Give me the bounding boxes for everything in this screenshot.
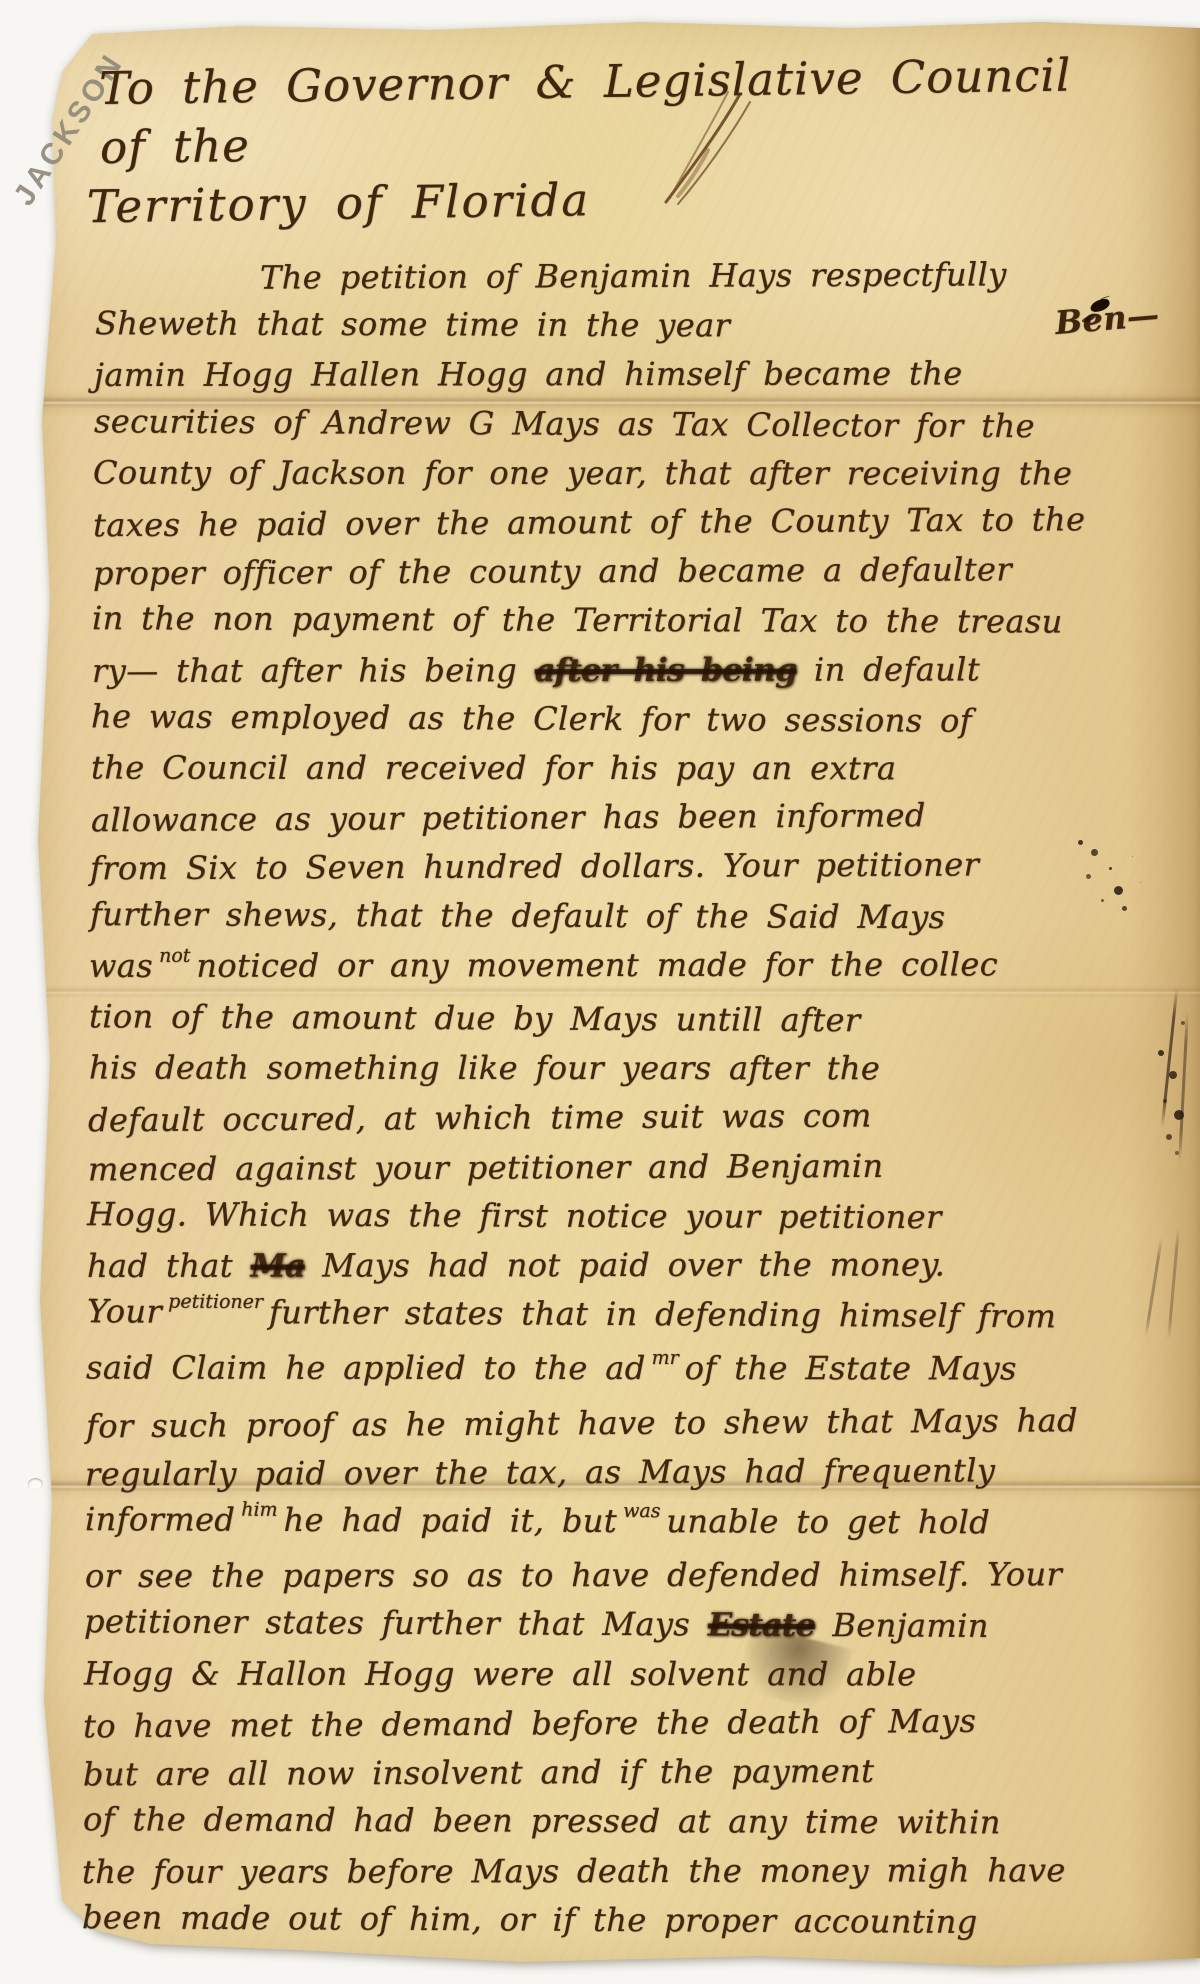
manuscript-line: Yourpetitionerfurther states that in def…: [86, 1287, 1161, 1347]
manuscript-text: jamin Hogg Hallen Hogg and himself becam…: [94, 355, 963, 395]
ink-flourish: [648, 90, 778, 210]
manuscript-text: Your: [87, 1292, 162, 1330]
manuscript-line: taxes he paid over the amount of the Cou…: [93, 495, 1161, 551]
manuscript-line: said Claim he applied to the admrof the …: [86, 1344, 1161, 1399]
manuscript-text: taxes he paid over the amount of the Cou…: [93, 500, 1086, 544]
manuscript-text: in the non payment of the Territorial Ta…: [92, 600, 1063, 641]
manuscript-text: allowance as your petitioner has been in…: [90, 796, 925, 839]
manuscript-text: been made out of him, or if the proper a…: [82, 1898, 978, 1941]
manuscript-text: Mays had not paid over the money.: [305, 1246, 946, 1285]
manuscript-text: County of Jackson for one year, that aft…: [93, 453, 1072, 492]
ink-blot: [1158, 1050, 1164, 1056]
paper-hole: [28, 1478, 43, 1490]
manuscript-text: the four years before Mays death the mon…: [82, 1851, 1066, 1891]
manuscript-text: regularly paid over the tax, as Mays had…: [85, 1451, 996, 1493]
scanned-document-page: { "page": { "archival_note": "JACKSON", …: [0, 0, 1200, 1984]
manuscript-text: was: [89, 947, 153, 985]
manuscript-text: further states that in defending himself…: [268, 1293, 1056, 1335]
manuscript-text: from Six to Seven hundred dollars. Your …: [90, 846, 979, 888]
manuscript-line: menced against your petitioner and Benja…: [88, 1140, 1161, 1194]
manuscript-text: or see the papers so as to have defended…: [85, 1556, 1062, 1596]
manuscript-text: informed: [85, 1500, 235, 1539]
manuscript-text: petitioner states further that Mays: [84, 1603, 708, 1644]
manuscript-line: or see the papers so as to have defended…: [85, 1550, 1161, 1601]
manuscript-line: his death something like four years afte…: [89, 1044, 1161, 1094]
manuscript-line: default occured, at which time suit was …: [88, 1090, 1161, 1146]
manuscript-line: the four years before Mays death the mon…: [82, 1846, 1161, 1897]
struck-out-text: after his being: [534, 650, 796, 688]
manuscript-line: County of Jackson for one year, that aft…: [93, 448, 1161, 498]
manuscript-line: wasnotnoticed or any movement made for t…: [89, 940, 1161, 996]
manuscript-line: tion of the amount due by Mays untill af…: [89, 992, 1161, 1047]
inserted-text: not: [159, 932, 190, 981]
manuscript-text: but are all now insolvent and if the pay…: [83, 1752, 875, 1793]
manuscript-text: he was employed as the Clerk for two ses…: [91, 697, 972, 740]
manuscript-line: of the demand had been pressed at any ti…: [83, 1795, 1162, 1848]
manuscript-text: The petition of Benjamin Hays respectful…: [260, 255, 1007, 296]
inserted-text: was: [623, 1487, 661, 1536]
manuscript-line: ry— that after his being after his being…: [92, 645, 1161, 696]
manuscript-text: noticed or any movement made for the col…: [197, 945, 999, 984]
manuscript-text: unable to get hold: [666, 1502, 990, 1541]
manuscript-text: ry— that after his being: [92, 651, 535, 690]
manuscript-text: for such proof as he might have to shew …: [86, 1401, 1078, 1445]
manuscript-line: but are all now insolvent and if the pay…: [83, 1746, 1161, 1800]
petition-heading: To the Governor & Legislative Council of…: [99, 45, 1111, 236]
manuscript-text: to have met the demand before the death …: [83, 1702, 976, 1745]
manuscript-line: jamin Hogg Hallen Hogg and himself becam…: [94, 349, 1161, 400]
manuscript-text: of the demand had been pressed at any ti…: [83, 1800, 1001, 1841]
inserted-text: petitioner: [168, 1278, 263, 1328]
manuscript-text: the Council and received for his pay an …: [91, 749, 896, 788]
manuscript-line: in the non payment of the Territorial Ta…: [92, 595, 1161, 648]
manuscript-line: further shews, that the default of the S…: [90, 890, 1161, 943]
manuscript-line: he was employed as the Clerk for two ses…: [91, 692, 1161, 747]
manuscript-text: Sheweth that some time in the year: [95, 304, 730, 344]
manuscript-line: informedhimhe had paid it, butwasunable …: [85, 1495, 1161, 1553]
manuscript-line: to have met the demand before the death …: [83, 1696, 1161, 1752]
manuscript-text: default occured, at which time suit was …: [88, 1097, 872, 1140]
manuscript-line: for such proof as he might have to shew …: [86, 1395, 1161, 1451]
manuscript-line: Hogg. Which was the first notice your pe…: [87, 1190, 1161, 1243]
manuscript-text: tion of the amount due by Mays untill af…: [89, 997, 861, 1039]
inserted-text: mr: [652, 1334, 679, 1383]
manuscript-text: further shews, that the default of the S…: [90, 895, 946, 936]
manuscript-text: Benjamin: [815, 1606, 989, 1645]
manuscript-line: Sheweth that some time in the yearBen—: [95, 299, 1162, 352]
manuscript-text: said Claim he applied to the ad: [86, 1349, 646, 1387]
ink-blot: [1078, 840, 1083, 845]
manuscript-line: Hogg & Hallon Hogg were all solvent and …: [84, 1649, 1161, 1699]
heading-line: To the Governor & Legislative Council of…: [99, 45, 1111, 177]
manuscript-line: the Council and received for his pay an …: [91, 744, 1161, 794]
manuscript-text: menced against your petitioner and Benja…: [88, 1147, 884, 1188]
manuscript-text: he had paid it, but: [284, 1501, 618, 1540]
inserted-text: him: [241, 1486, 278, 1535]
manuscript-line: The petition of Benjamin Hays respectful…: [95, 250, 1161, 304]
manuscript-line: been made out of him, or if the proper a…: [82, 1893, 1161, 1948]
manuscript-line: proper officer of the county and became …: [93, 545, 1162, 599]
manuscript-text: of the Estate Mays: [685, 1350, 1017, 1388]
petition-body: The petition of Benjamin Hays respectful…: [95, 252, 1161, 1945]
manuscript-text: securities of Andrew G Mays as Tax Colle…: [94, 402, 1035, 445]
manuscript-text: proper officer of the county and became …: [93, 551, 1012, 593]
manuscript-line: petitioner states further that Mays Esta…: [84, 1598, 1161, 1653]
manuscript-line: securities of Andrew G Mays as Tax Colle…: [94, 397, 1161, 452]
manuscript-text: in default: [796, 650, 980, 688]
manuscript-line: from Six to Seven hundred dollars. Your …: [90, 840, 1161, 894]
manuscript-line: allowance as your petitioner has been in…: [90, 790, 1161, 846]
manuscript-text: his death something like four years afte…: [89, 1049, 880, 1088]
manuscript-text: Hogg. Which was the first notice your pe…: [87, 1195, 942, 1236]
